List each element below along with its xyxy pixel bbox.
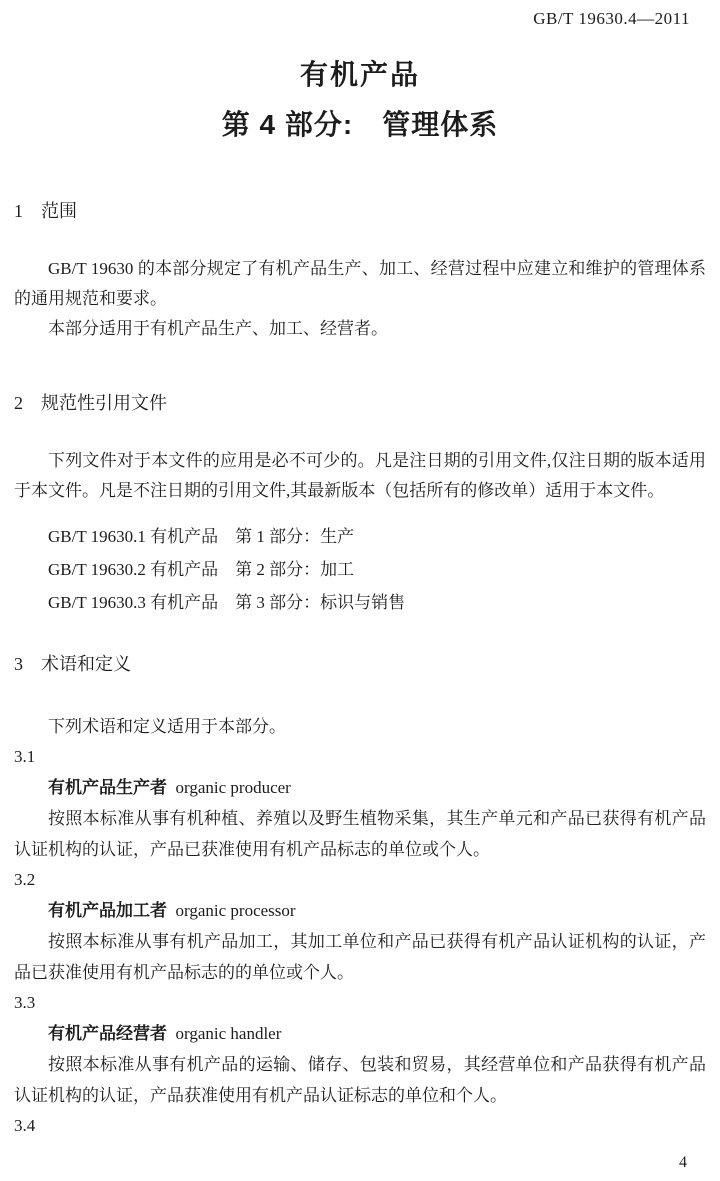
section-3-number: 3 [14,649,23,679]
normative-reference-list: GB/T 19630.1 有机产品 第 1 部分：生产 GB/T 19630.2… [14,520,706,619]
document-subtitle: 第 4 部分: 管理体系 [14,108,706,142]
page-number: 4 [679,1153,687,1173]
term-name-en: organic handler [176,1024,282,1043]
term-3-1: 3.1 有机产品生产者organic producer 按照本标准从事有机种植、… [14,742,706,865]
term-number: 3.4 [14,1111,706,1141]
term-number: 3.1 [14,742,706,772]
term-name-en: organic processor [176,901,296,920]
section-1-heading: 1范围 [14,196,706,226]
term-name-line: 有机产品加工者organic processor [14,895,706,926]
term-name-en: organic producer [176,778,291,797]
document-title: 有机产品 [14,58,706,92]
term-number: 3.3 [14,988,706,1018]
section-2-number: 2 [14,388,23,418]
term-name-zh: 有机产品经营者 [48,1024,167,1043]
section-3-title: 术语和定义 [41,649,131,679]
reference-item: GB/T 19630.2 有机产品 第 2 部分：加工 [14,553,706,586]
section-3-intro: 下列术语和定义适用于本部分。 [14,712,706,742]
term-name-line: 有机产品经营者organic handler [14,1018,706,1049]
section-1-paragraph-2: 本部分适用于有机产品生产、加工、经营者。 [14,314,706,344]
section-1-paragraph-1: GB/T 19630 的本部分规定了有机产品生产、加工、经营过程中应建立和维护的… [14,254,706,314]
term-number: 3.2 [14,865,706,895]
term-definition: 按照本标准从事有机种植、养殖以及野生植物采集，其生产单元和产品已获得有机产品认证… [14,803,706,865]
term-definition: 按照本标准从事有机产品加工，其加工单位和产品已获得有机产品认证机构的认证，产品已… [14,926,706,988]
term-3-2: 3.2 有机产品加工者organic processor 按照本标准从事有机产品… [14,865,706,988]
section-1-number: 1 [14,196,23,226]
term-name-line: 有机产品生产者organic producer [14,772,706,803]
term-definition: 按照本标准从事有机产品的运输、储存、包装和贸易，其经营单位和产品获得有机产品认证… [14,1049,706,1111]
section-1-title: 范围 [41,196,77,226]
section-2-paragraph-1: 下列文件对于本文件的应用是必不可少的。凡是注日期的引用文件,仅注日期的版本适用于… [14,446,706,506]
term-name-zh: 有机产品加工者 [48,901,167,920]
document-page: GB/T 19630.4—2011 有机产品 第 4 部分: 管理体系 1范围 … [0,0,720,1181]
reference-item: GB/T 19630.1 有机产品 第 1 部分：生产 [14,520,706,553]
section-2-title: 规范性引用文件 [41,388,167,418]
standard-code-header: GB/T 19630.4—2011 [14,8,706,30]
term-3-3: 3.3 有机产品经营者organic handler 按照本标准从事有机产品的运… [14,988,706,1111]
reference-item: GB/T 19630.3 有机产品 第 3 部分：标识与销售 [14,586,706,619]
section-3-heading: 3术语和定义 [14,649,706,679]
term-3-4: 3.4 [14,1111,706,1141]
section-2-heading: 2规范性引用文件 [14,388,706,418]
term-name-zh: 有机产品生产者 [48,778,167,797]
